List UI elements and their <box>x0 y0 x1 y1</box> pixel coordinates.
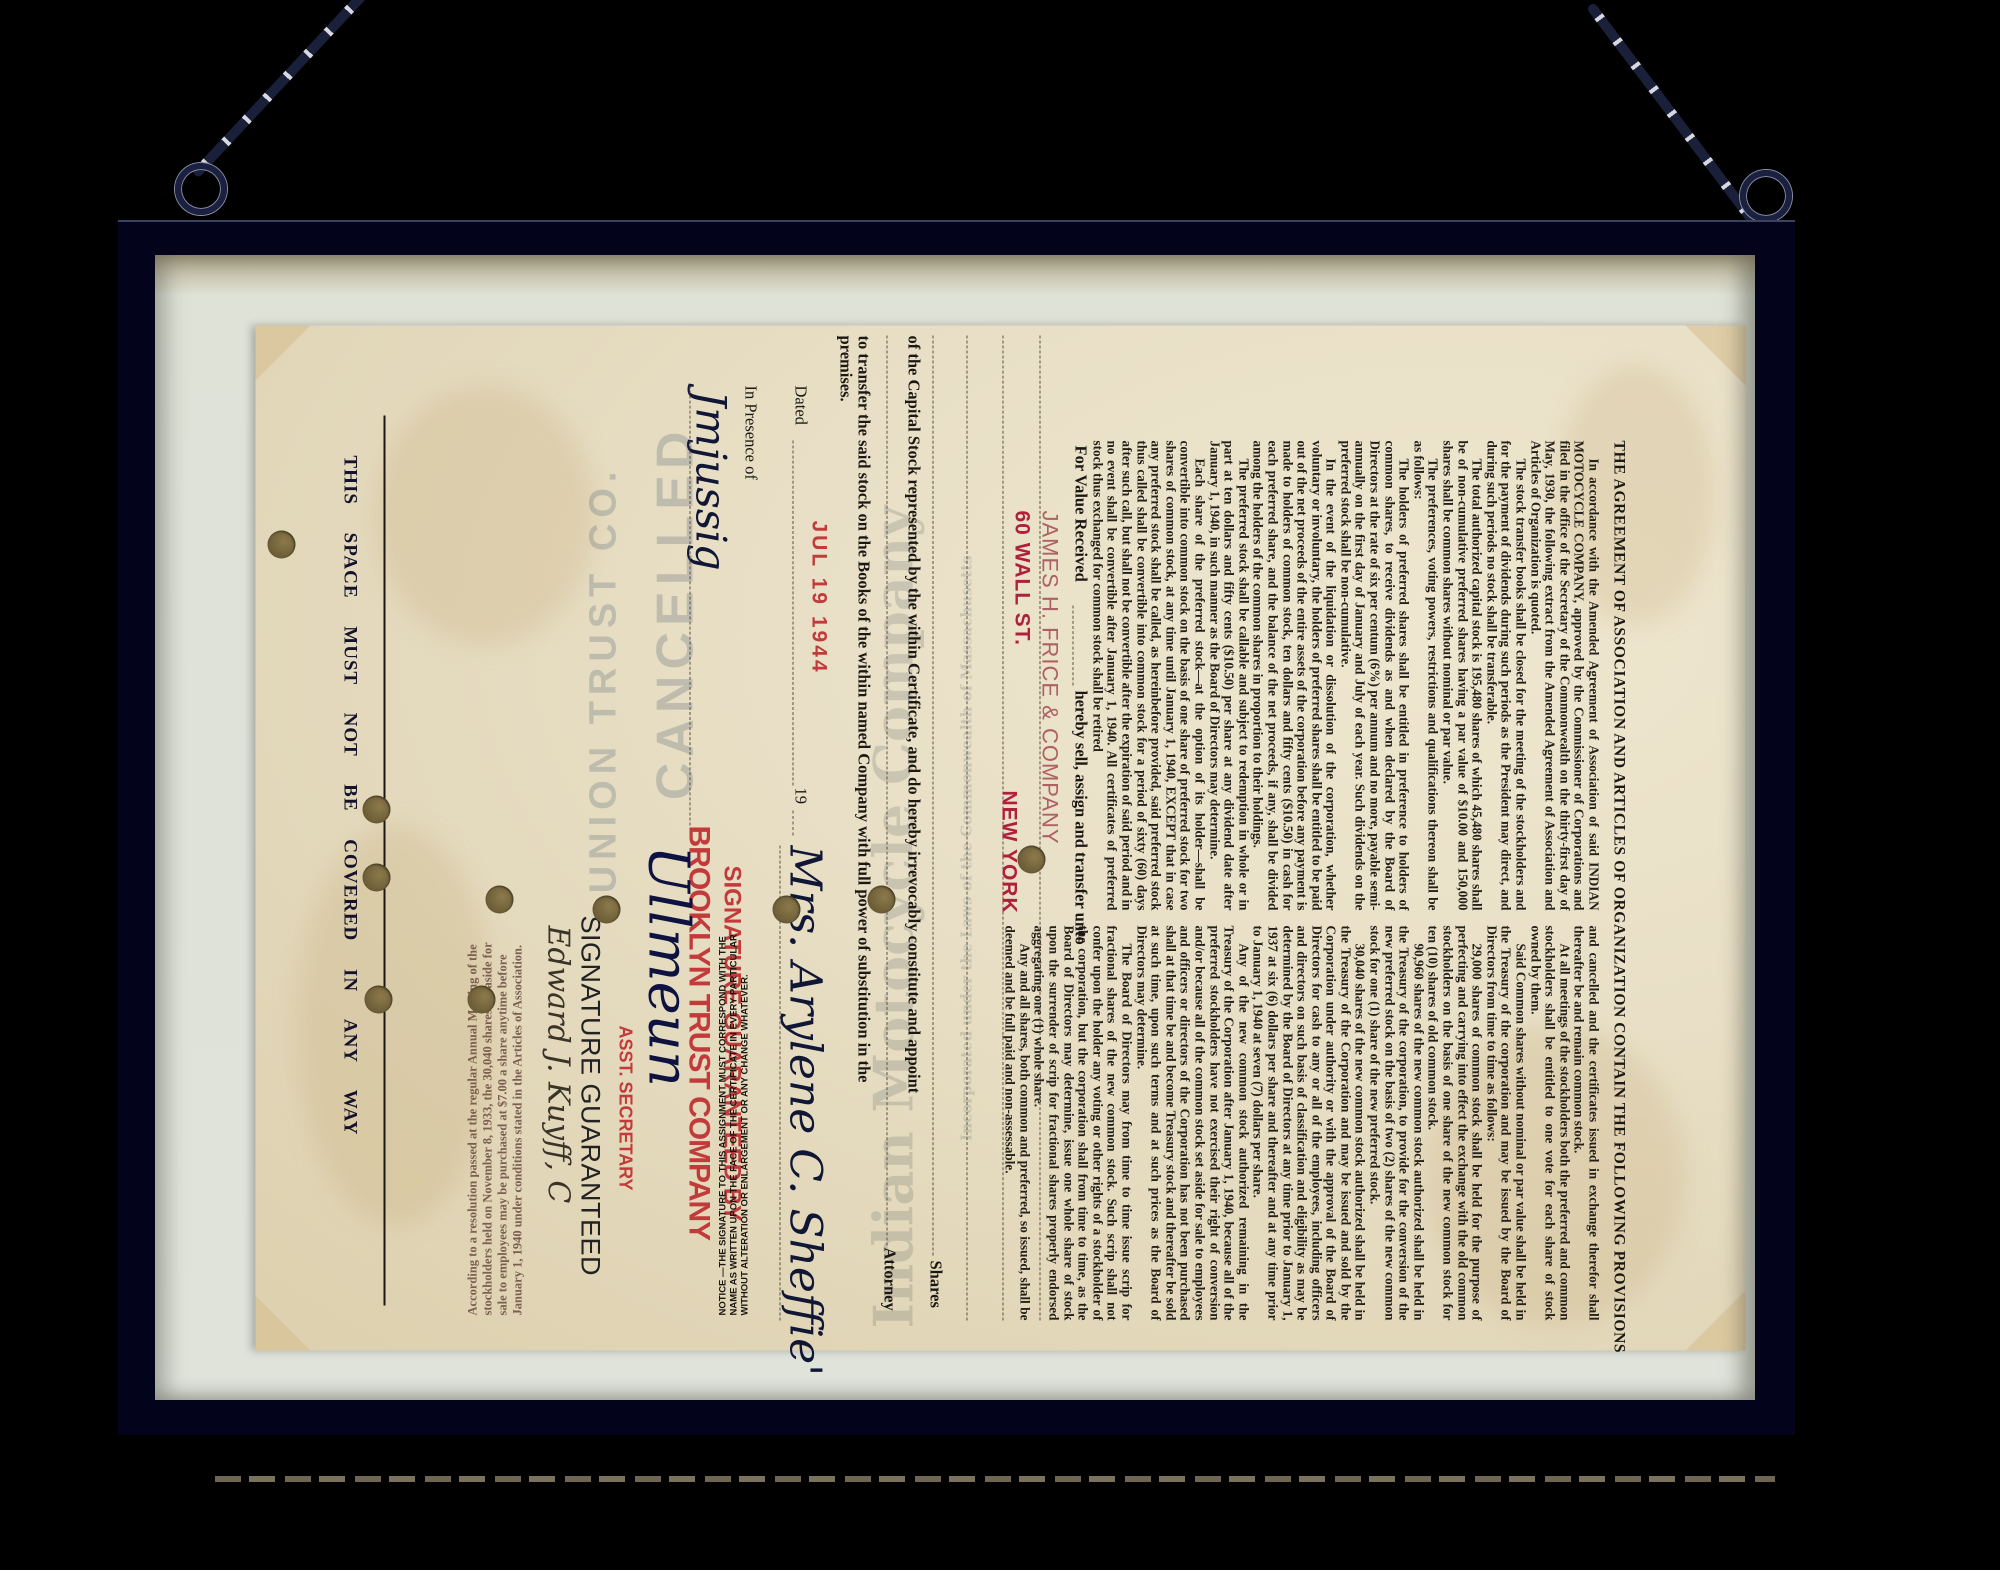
article-paragraph: Any of the new common stock authorized r… <box>1133 925 1250 1320</box>
corner-mount-tape <box>1685 1290 1745 1350</box>
asst-secretary-label: ASST. SECRETARY <box>614 1025 635 1190</box>
corner-mount-tape <box>1685 325 1745 385</box>
article-paragraph: The stock transfer books shall be closed… <box>1483 440 1527 910</box>
date-stamp: JUL 19 1944 <box>806 520 830 674</box>
witness-line <box>689 385 690 825</box>
assignor-blank-line <box>1072 605 1073 685</box>
cancellation-punch-hole <box>592 895 620 923</box>
assignee-line-3 <box>966 335 967 1320</box>
certificate-paper-region: THE AGREEMENT OF ASSOCIATION AND ARTICLE… <box>255 325 1745 1350</box>
articles-left-column: In accordance with the Amended Agreement… <box>1089 440 1600 910</box>
for-value-received-label: For Value Received <box>1070 445 1090 581</box>
assignee-line-1 <box>1039 335 1040 1320</box>
transfer-text: to transfer the said stock on the Books … <box>853 335 873 1082</box>
signature-notice: NOTICE —THE SIGNATURE TO THIS ASSIGNMENT… <box>717 945 750 1315</box>
corner-mount-tape <box>255 325 310 380</box>
articles-heading: THE AGREEMENT OF ASSOCIATION AND ARTICLE… <box>1609 440 1627 1320</box>
assignee-street-stamp: 60 WALL ST. <box>1009 510 1033 645</box>
attorney-label: Attorney <box>879 1247 899 1310</box>
date-line <box>792 440 793 785</box>
in-presence-label: In Presence of <box>740 385 760 479</box>
article-paragraph: The preferred stock shall be callable an… <box>1206 440 1250 910</box>
article-paragraph: 30,040 shares of the new common stock au… <box>1250 925 1367 1320</box>
margin-warning: THIS SPACE MUST NOT BE COVERED IN ANY WA… <box>338 455 360 1135</box>
shares-label: Shares <box>925 1260 945 1307</box>
cancellation-punch-hole <box>362 863 390 891</box>
right-hanging-ring <box>1740 170 1792 222</box>
article-paragraph: Said Common shares without nominal or pa… <box>1483 925 1527 1320</box>
article-paragraph: The total authorized capital stock is 19… <box>1439 440 1483 910</box>
frame-reflection <box>215 1476 1775 1482</box>
assignee-city-stamp: NEW YORK <box>996 790 1020 913</box>
article-paragraph: The preferences, voting powers, restrict… <box>1410 440 1439 910</box>
ghost-trust-stamp: UNION TRUST CO. <box>582 465 625 893</box>
article-paragraph: At all meetings of the stockholders both… <box>1527 925 1571 1320</box>
left-hanging-chain <box>191 0 389 178</box>
cancellation-punch-hole <box>1017 845 1045 873</box>
cancellation-punch-hole <box>485 885 513 913</box>
hereby-sell-label: hereby sell, assign and transfer unto <box>1070 690 1090 944</box>
dated-label: Dated <box>790 385 810 424</box>
articles-right-column: and cancelled and the certificates issue… <box>1002 925 1600 1320</box>
cancellation-punch-hole <box>467 985 495 1013</box>
right-hanging-chain <box>1586 2 1756 224</box>
cancellation-punch-hole <box>772 895 800 923</box>
article-paragraph: 29,000 shares of common stock shall be h… <box>1425 925 1483 1320</box>
article-paragraph: The Board of Directors may from time to … <box>1031 925 1133 1320</box>
year-prefix: 19 <box>790 787 810 804</box>
second-guarantor-signature: Edward J. Kuyff, C <box>540 925 575 1203</box>
cancellation-punch-hole <box>267 530 295 558</box>
cancellation-punch-hole <box>362 795 390 823</box>
margin-rule <box>383 415 385 1305</box>
officer-signature: Ullmeun <box>635 845 700 1086</box>
premises-text: premises. <box>835 335 855 401</box>
article-paragraph: and cancelled and the certificates issue… <box>1571 925 1600 1320</box>
article-paragraph: In the event of the liquidation or disso… <box>1250 440 1338 910</box>
corner-mount-tape <box>255 1295 310 1350</box>
shares-line <box>932 335 933 1255</box>
article-paragraph: The holders of preferred shares shall be… <box>1337 440 1410 910</box>
year-line <box>792 810 793 835</box>
stock-certificate-reverse: THE AGREEMENT OF ASSOCIATION AND ARTICLE… <box>255 325 1745 1350</box>
owner-signature: Mrs. Arylene C. Sheffie' <box>779 845 830 1376</box>
capital-stock-text: of the Capital Stock represented by the … <box>903 335 923 1093</box>
article-paragraph: In accordance with the Amended Agreement… <box>1527 440 1600 910</box>
attorney-line <box>886 335 887 1245</box>
witness-signature: Jmjussig <box>686 390 735 570</box>
cancellation-punch-hole <box>867 885 895 913</box>
article-paragraph: 90,960 shares of the new common stock au… <box>1367 925 1425 1320</box>
cancellation-punch-hole <box>364 985 392 1013</box>
second-guarantee-stamp: SIGNATURE GUARANTEED <box>574 915 605 1276</box>
article-paragraph: Each share of the preferred stock—at the… <box>1089 440 1206 910</box>
left-hanging-ring <box>175 163 227 215</box>
article-paragraph: Any and all shares, both common and pref… <box>1002 925 1031 1320</box>
